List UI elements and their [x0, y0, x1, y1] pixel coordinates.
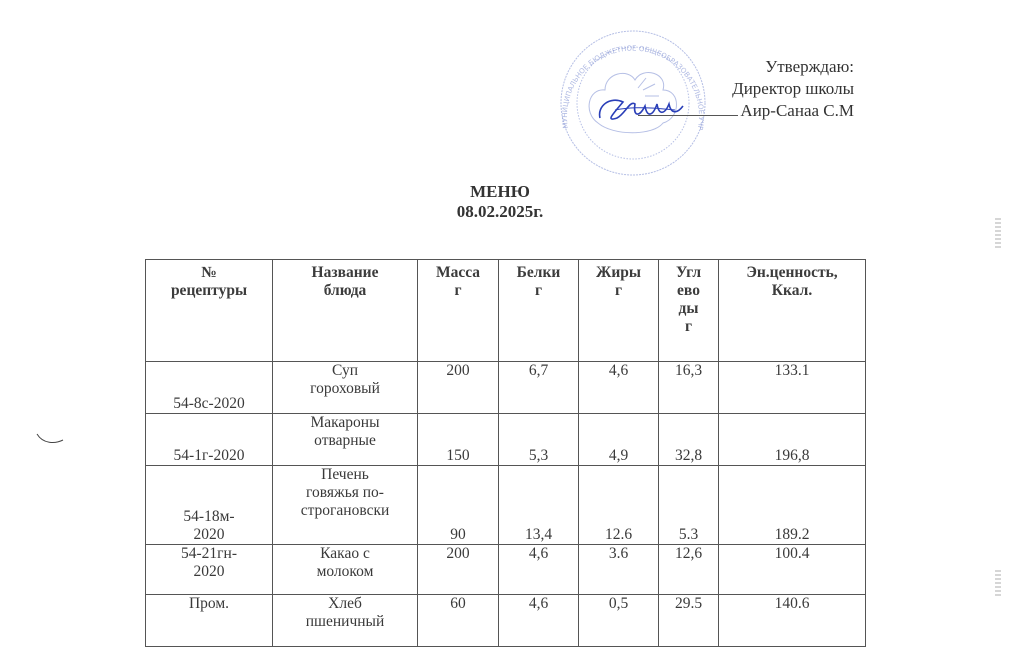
carbs-cell: 16,3: [659, 362, 719, 414]
column-header: Углеводыг: [659, 260, 719, 362]
fat-cell: 4,9: [579, 414, 659, 466]
column-header-line: блюда: [275, 282, 415, 300]
column-header-line: г: [420, 282, 496, 300]
energy-cell: 133.1: [719, 362, 866, 414]
fat-cell: 3.6: [579, 545, 659, 595]
table-row: 54-8с-2020Супгороховый2006,74,616,3133.1: [146, 362, 866, 414]
dish-name-line: Какао с: [275, 545, 415, 563]
recipe-number-cell: 54-8с-2020: [146, 362, 273, 414]
protein-cell: 4,6: [499, 545, 579, 595]
column-header-line: №: [148, 264, 270, 282]
dish-name-line: говяжья по-: [275, 484, 415, 502]
recipe-number: 54-21гн-: [148, 545, 270, 563]
column-header-line: г: [661, 318, 716, 336]
dish-name-cell: Хлебпшеничный: [273, 595, 418, 647]
carbs-cell: 29.5: [659, 595, 719, 647]
column-header-line: г: [581, 282, 656, 300]
column-header: Названиеблюда: [273, 260, 418, 362]
fat-cell: 0,5: [579, 595, 659, 647]
column-header-line: Жиры: [581, 264, 656, 282]
dish-name-line: гороховый: [275, 380, 415, 398]
column-header-line: Угл: [661, 264, 716, 282]
recipe-number: 2020: [148, 563, 270, 581]
scan-noise: [995, 218, 1001, 248]
protein-cell: 13,4: [499, 466, 579, 545]
column-header-line: Эн.ценность,: [721, 264, 863, 282]
recipe-number: 2020: [148, 526, 270, 544]
recipe-number-cell: 54-21гн-2020: [146, 545, 273, 595]
protein-cell: 4,6: [499, 595, 579, 647]
column-header: №рецептуры: [146, 260, 273, 362]
mass-cell: 90: [418, 466, 499, 545]
dish-name-line: отварные: [275, 432, 415, 450]
column-header-line: Название: [275, 264, 415, 282]
dish-name-line: пшеничный: [275, 613, 415, 631]
dish-name-line: Макароны: [275, 414, 415, 432]
fat-cell: 12.6: [579, 466, 659, 545]
mass-cell: 200: [418, 545, 499, 595]
scan-noise: [995, 570, 1001, 598]
column-header-line: Масса: [420, 264, 496, 282]
table-row: 54-21гн-2020Какао смолоком2004,63.612,61…: [146, 545, 866, 595]
recipe-number-cell: 54-18м-2020: [146, 466, 273, 545]
dish-name-line: Хлеб: [275, 595, 415, 613]
table-row: Пром.Хлебпшеничный604,60,529.5140.6: [146, 595, 866, 647]
dish-name-cell: Супгороховый: [273, 362, 418, 414]
column-header: Массаг: [418, 260, 499, 362]
recipe-number-cell: Пром.: [146, 595, 273, 647]
recipe-number: Пром.: [148, 595, 270, 613]
energy-cell: 140.6: [719, 595, 866, 647]
dish-name-line: строгановски: [275, 502, 415, 520]
recipe-number-cell: 54-1г-2020: [146, 414, 273, 466]
recipe-number: 54-1г-2020: [148, 447, 270, 465]
fat-cell: 4,6: [579, 362, 659, 414]
document-date: 08.02.2025г.: [0, 202, 1000, 222]
recipe-number: 54-8с-2020: [148, 395, 270, 413]
approval-label: Утверждаю:: [638, 56, 854, 78]
dish-name-cell: Какао смолоком: [273, 545, 418, 595]
recipe-number: 54-18м-: [148, 508, 270, 526]
approval-position: Директор школы: [638, 78, 854, 100]
dish-name-line: Печень: [275, 466, 415, 484]
column-header-line: ды: [661, 300, 716, 318]
energy-cell: 189.2: [719, 466, 866, 545]
protein-cell: 6,7: [499, 362, 579, 414]
column-header-line: Белки: [501, 264, 576, 282]
approval-signatory: Аир-Санаа С.М: [638, 100, 854, 122]
dish-name-line: Суп: [275, 362, 415, 380]
mass-cell: 150: [418, 414, 499, 466]
document-title: МЕНЮ: [0, 182, 1000, 202]
document-title-block: МЕНЮ 08.02.2025г.: [0, 182, 1000, 222]
scan-mark-icon: [35, 432, 65, 446]
table-header-row: №рецептурыНазваниеблюдаМассагБелкигЖирыг…: [146, 260, 866, 362]
mass-cell: 200: [418, 362, 499, 414]
carbs-cell: 5.3: [659, 466, 719, 545]
signature-line: [638, 115, 738, 116]
table-row: 54-1г-2020Макароныотварные1505,34,932,81…: [146, 414, 866, 466]
carbs-cell: 32,8: [659, 414, 719, 466]
carbs-cell: 12,6: [659, 545, 719, 595]
column-header-line: Ккал.: [721, 282, 863, 300]
dish-name-cell: Печеньговяжья по-строгановски: [273, 466, 418, 545]
mass-cell: 60: [418, 595, 499, 647]
menu-table: №рецептурыНазваниеблюдаМассагБелкигЖирыг…: [145, 259, 866, 647]
approval-block: Утверждаю: Директор школы Аир-Санаа С.М: [638, 56, 854, 122]
column-header: Белкиг: [499, 260, 579, 362]
column-header: Жирыг: [579, 260, 659, 362]
column-header-line: г: [501, 282, 576, 300]
column-header-line: ево: [661, 282, 716, 300]
energy-cell: 196,8: [719, 414, 866, 466]
column-header-line: рецептуры: [148, 282, 270, 300]
table-row: 54-18м-2020Печеньговяжья по-строгановски…: [146, 466, 866, 545]
protein-cell: 5,3: [499, 414, 579, 466]
dish-name-cell: Макароныотварные: [273, 414, 418, 466]
dish-name-line: молоком: [275, 563, 415, 581]
column-header: Эн.ценность,Ккал.: [719, 260, 866, 362]
energy-cell: 100.4: [719, 545, 866, 595]
director-name: Аир-Санаа С.М: [740, 101, 854, 120]
